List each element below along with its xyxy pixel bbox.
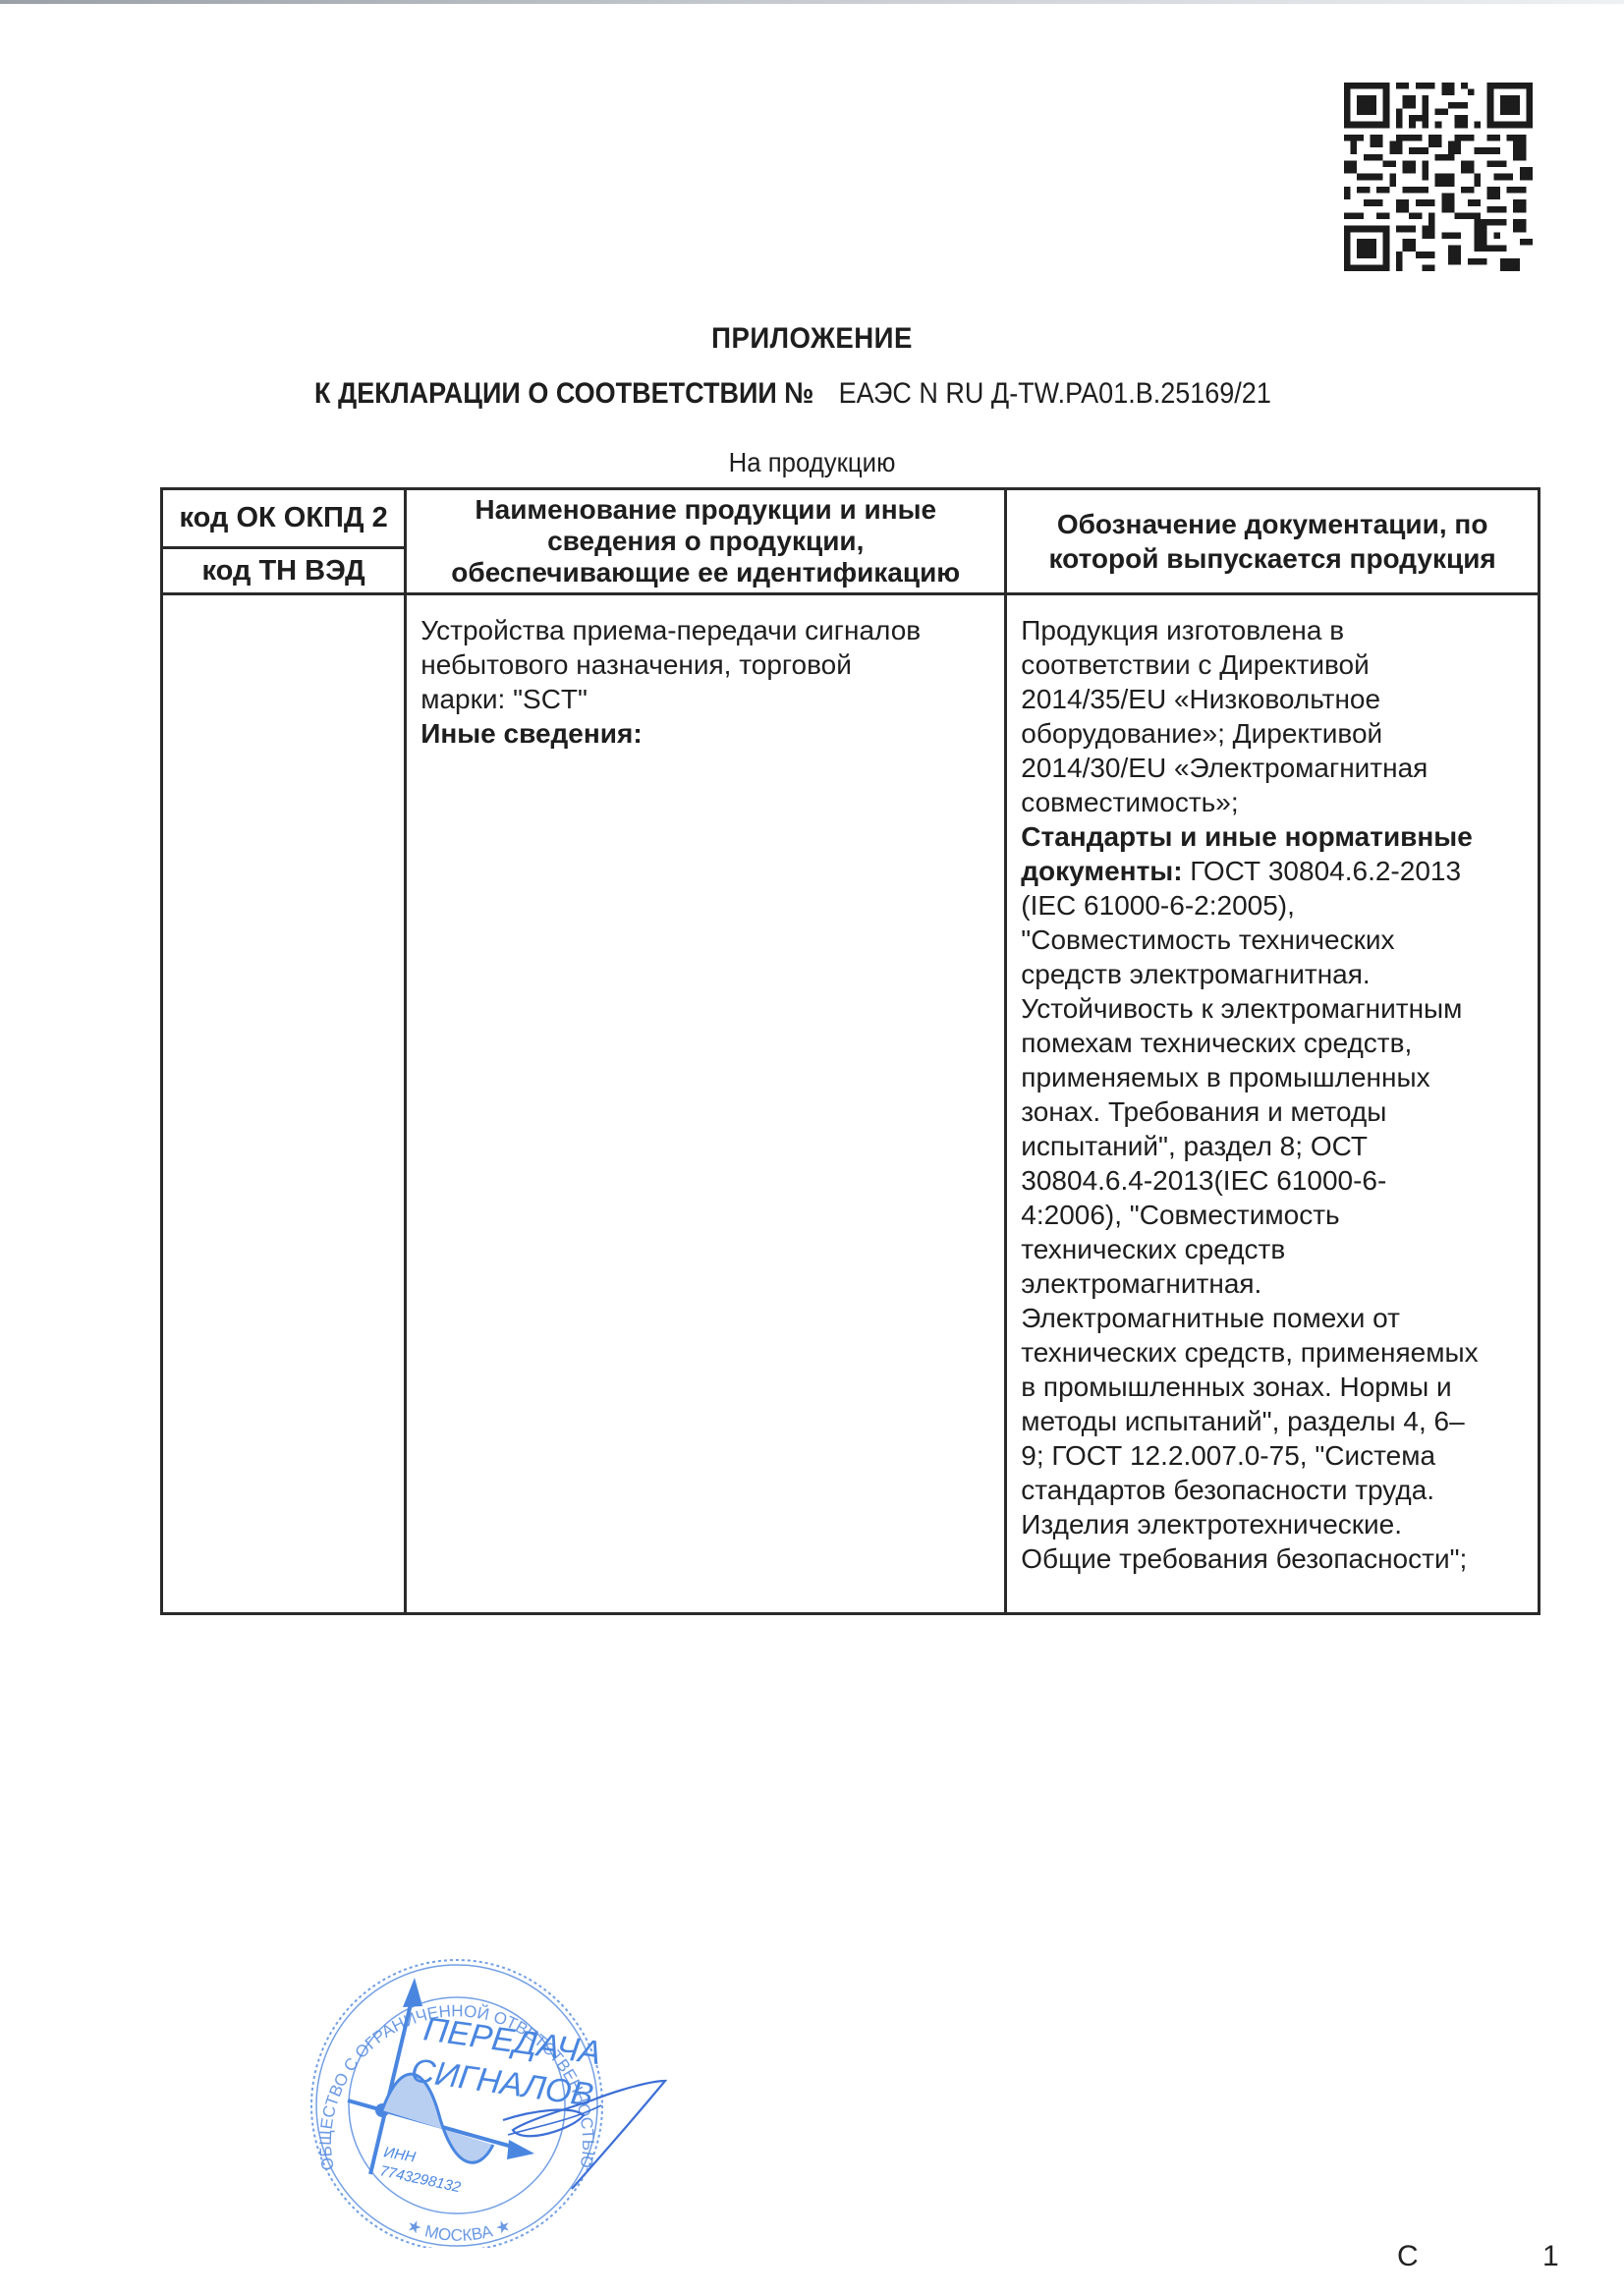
declaration-table: код ОК ОКПД 2 Наименование продукции и и… — [160, 487, 1540, 1615]
standards-label: Стандарты и иные нормативные — [1021, 819, 1524, 854]
declaration-heading: К ДЕКЛАРАЦИИ О СООТВЕТСТВИИ №ЕАЭС N RU Д… — [314, 377, 1271, 411]
header-product-name-line: Наименование продукции и иные — [475, 494, 936, 525]
page-number-fragment: 1 — [1542, 2240, 1559, 2273]
documentation-line: Продукция изготовлена в — [1021, 613, 1524, 647]
documentation-line: Общие требования безопасности"; — [1021, 1541, 1524, 1576]
company-stamp: ОБЩЕСТВО С ОГРАНИЧЕННОЙ ОТВЕТСТВЕННОСТЬЮ… — [277, 1924, 690, 2248]
header-code-okpd: код ОК ОКПД 2 — [162, 489, 406, 548]
header-documentation-line: которой выпускается продукция — [1049, 543, 1496, 574]
documentation-line: Устойчивость к электромагнитным — [1021, 991, 1524, 1026]
product-description: Устройства приема-передачи сигналовнебыт… — [407, 595, 1004, 751]
documentation-line: оборудование»; Директивой — [1021, 716, 1524, 751]
declaration-number: ЕАЭС N RU Д-TW.PA01.B.25169/21 — [839, 377, 1271, 410]
standards-first-line: документы: ГОСТ 30804.6.2-2013 — [1021, 854, 1524, 888]
documentation-line: технических средств, применяемых — [1021, 1335, 1524, 1370]
product-line: марки: "SCT" — [420, 682, 990, 716]
documentation-line: Электромагнитные помехи от — [1021, 1301, 1524, 1335]
documentation-line: методы испытаний", разделы 4, 6– — [1021, 1404, 1524, 1438]
documentation-line: зонах. Требования и методы — [1021, 1094, 1524, 1129]
documentation-line: Изделия электротехнические. — [1021, 1507, 1524, 1541]
standard-reference: ГОСТ 30804.6.2-2013 — [1183, 856, 1462, 886]
documentation-line: "Совместимость технических — [1021, 923, 1524, 957]
documentation-line: электромагнитная. — [1021, 1266, 1524, 1301]
documentation-line: 2014/35/EU «Низковольтное — [1021, 682, 1524, 716]
stamp-inn-label: ИНН — [382, 2144, 417, 2165]
documentation-line: помехам технических средств, — [1021, 1026, 1524, 1060]
cell-documentation: Продукция изготовлена всоответствии с Ди… — [1006, 594, 1540, 1614]
documentation-line: применяемых в промышленных — [1021, 1060, 1524, 1094]
documentation-line: совместимость»; — [1021, 785, 1524, 819]
header-code-tn-ved: код ТН ВЭД — [162, 548, 406, 594]
header-documentation: Обозначение документации, по которой вып… — [1006, 489, 1540, 594]
documentation-text: Продукция изготовлена всоответствии с Ди… — [1007, 595, 1538, 1576]
documentation-line: 4:2006), "Совместимость — [1021, 1198, 1524, 1232]
header-documentation-line: Обозначение документации, по — [1057, 509, 1488, 539]
documentation-line: соответствии с Директивой — [1021, 647, 1524, 682]
subtitle: На продукцию — [65, 447, 1559, 478]
header-product-name: Наименование продукции и иные сведения о… — [406, 489, 1006, 594]
table-header-row: код ОК ОКПД 2 Наименование продукции и и… — [162, 489, 1540, 548]
header-product-name-line: сведения о продукции, — [547, 526, 864, 556]
table-row: Устройства приема-передачи сигналовнебыт… — [162, 594, 1540, 1614]
documentation-line: испытаний", раздел 8; ОСТ — [1021, 1129, 1524, 1163]
documentation-line: технических средств — [1021, 1232, 1524, 1266]
cell-product: Устройства приема-передачи сигналовнебыт… — [406, 594, 1006, 1614]
product-line: небытового назначения, торговой — [420, 647, 990, 682]
declaration-label: К ДЕКЛАРАЦИИ О СООТВЕТСТВИИ № — [314, 377, 813, 410]
qr-code-icon — [1344, 83, 1533, 271]
product-line: Устройства приема-передачи сигналов — [420, 613, 990, 647]
documentation-line: 2014/30/EU «Электромагнитная — [1021, 751, 1524, 785]
documentation-line: в промышленных зонах. Нормы и — [1021, 1370, 1524, 1404]
page-number-fragment: С — [1397, 2240, 1419, 2273]
page-title: ПРИЛОЖЕНИЕ — [65, 322, 1559, 356]
scan-edge — [0, 0, 1624, 4]
documentation-line: 30804.6.4-2013(IEC 61000-6- — [1021, 1163, 1524, 1198]
standards-label: документы: — [1021, 856, 1182, 886]
documentation-line: 9; ГОСТ 12.2.007.0-75, "Система — [1021, 1438, 1524, 1473]
documentation-line: (IEC 61000-6-2:2005), — [1021, 888, 1524, 923]
documentation-line: средств электромагнитная. — [1021, 957, 1524, 991]
cell-code — [162, 594, 406, 1614]
other-info-label: Иные сведения: — [420, 716, 990, 751]
header-product-name-line: обеспечивающие ее идентификацию — [451, 557, 960, 588]
documentation-line: стандартов безопасности труда. — [1021, 1473, 1524, 1507]
